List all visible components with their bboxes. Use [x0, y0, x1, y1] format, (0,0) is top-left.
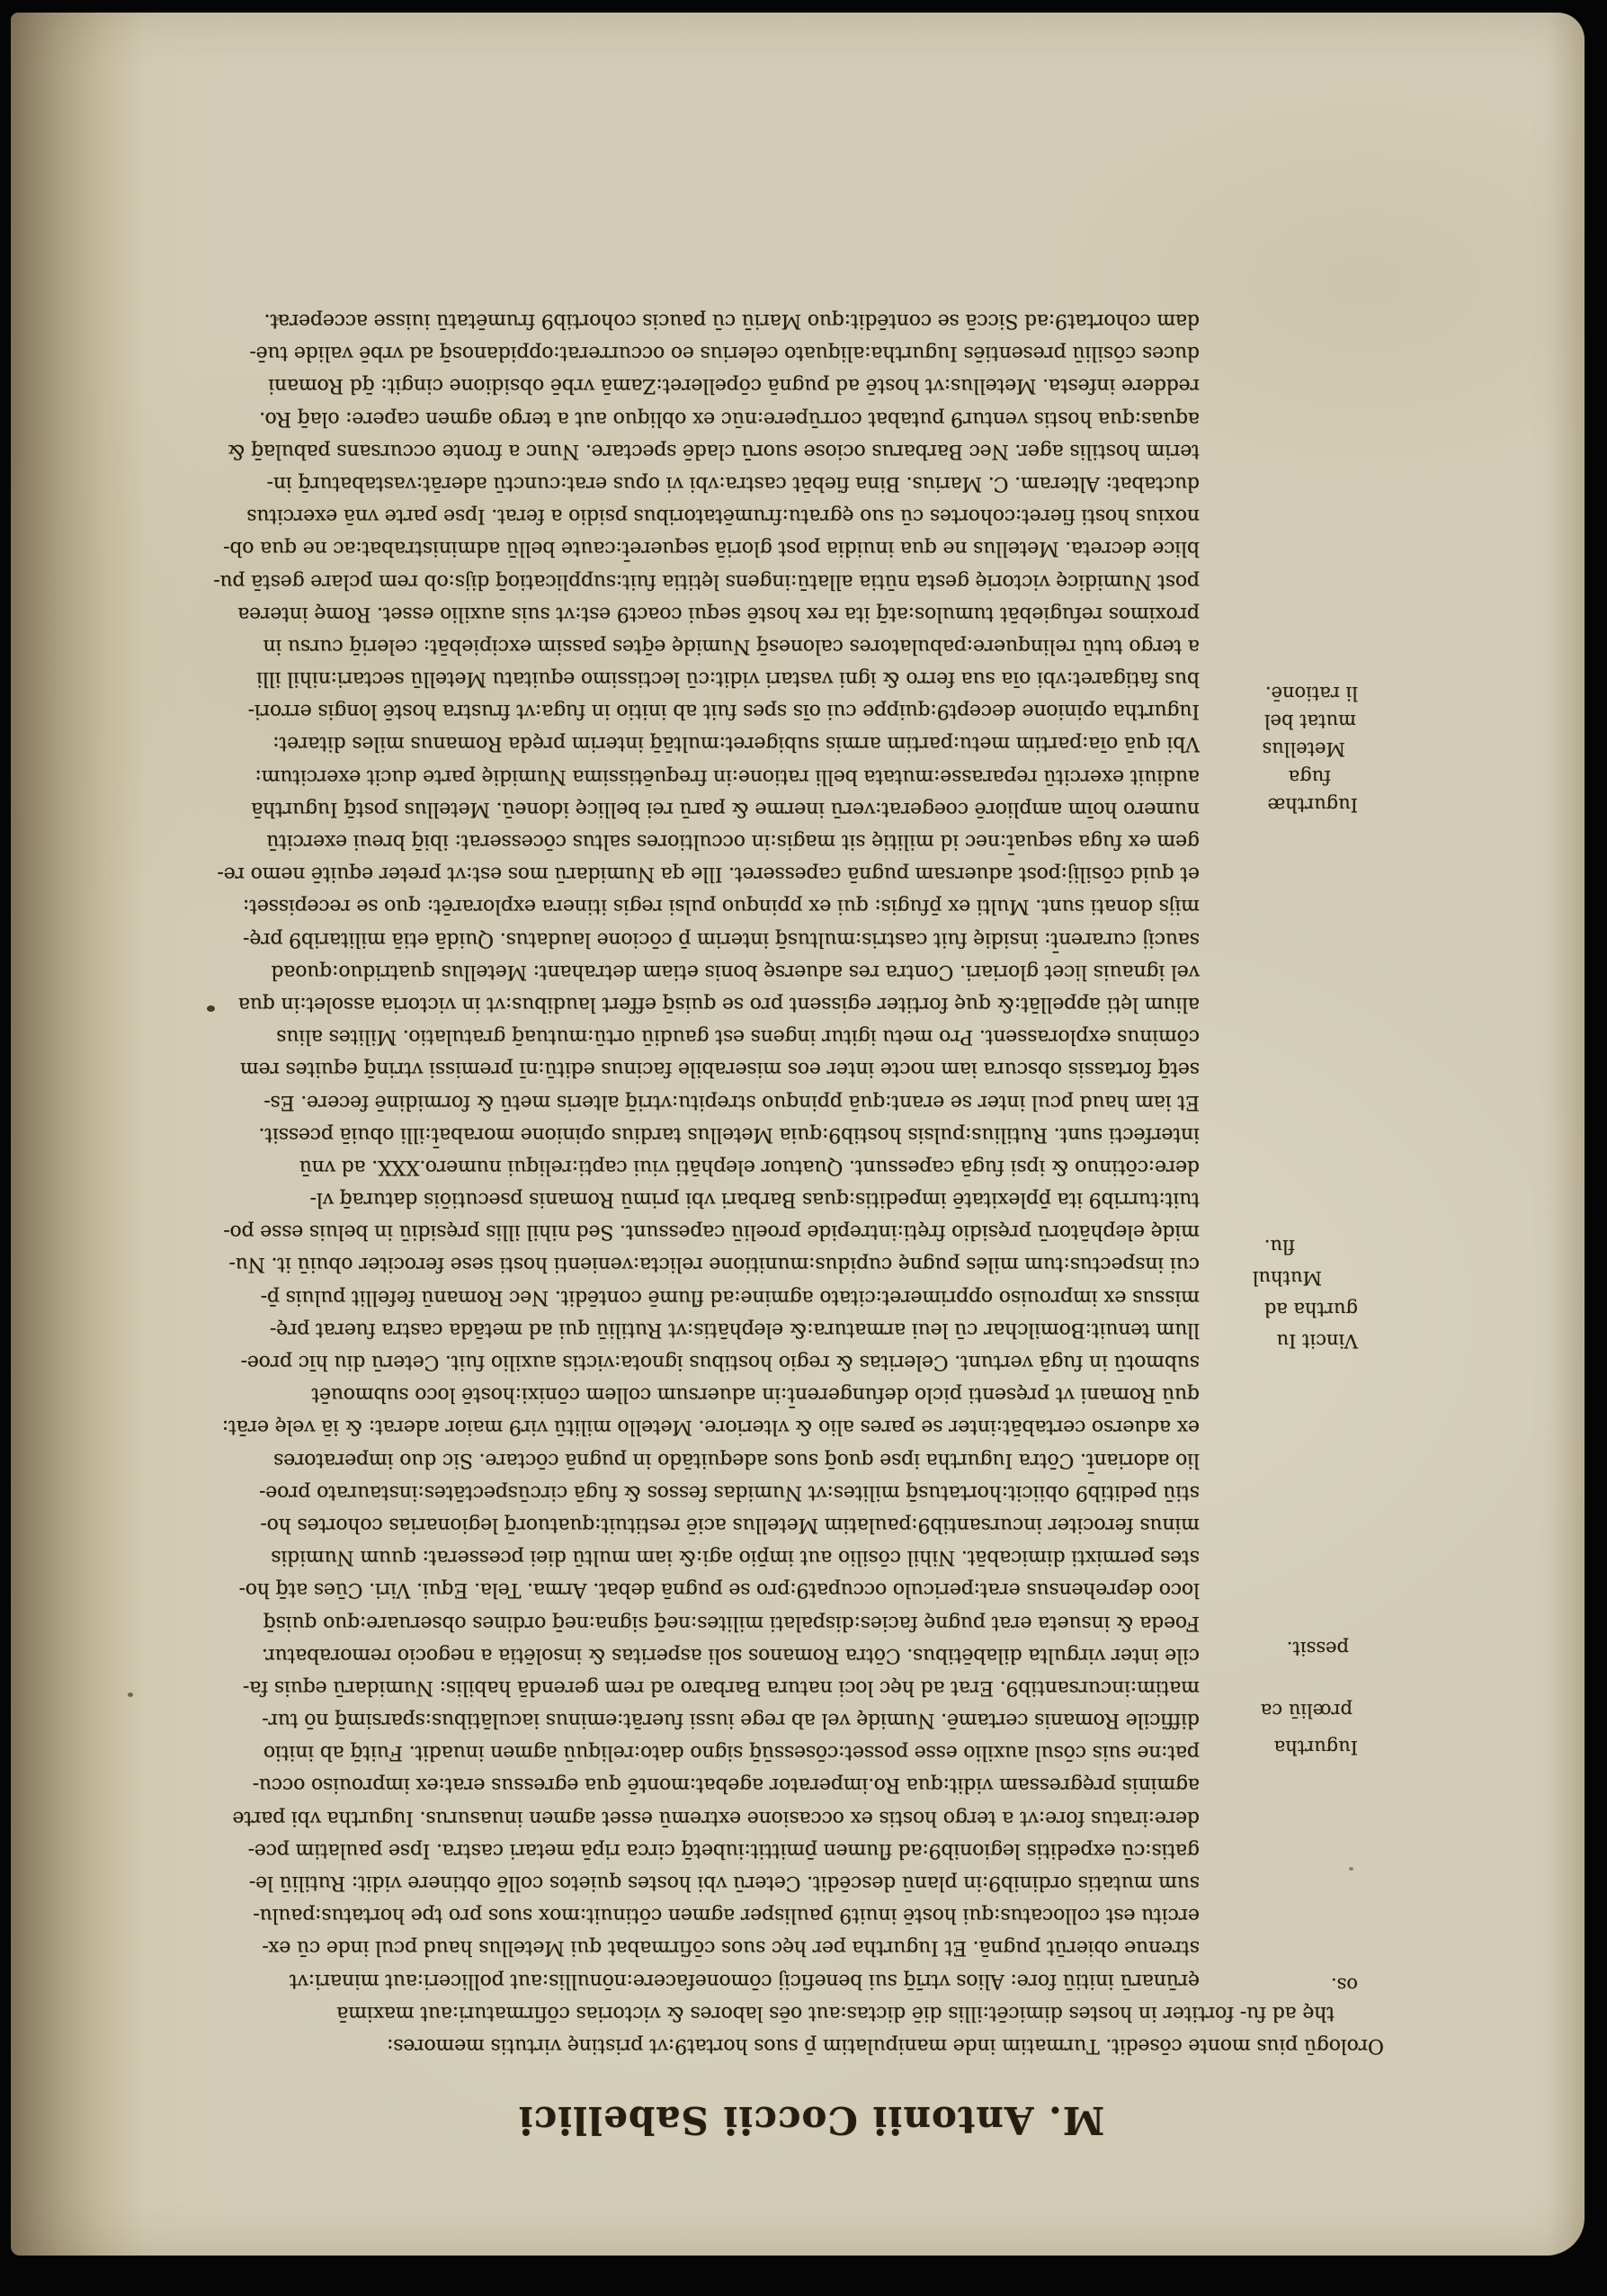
text-line: Et iam haud pcul inter se erant:quā ppin… — [147, 1085, 1200, 1117]
body-text: Orologū pius monte cōsedit. Turmatim ind… — [147, 304, 1200, 2061]
text-line: vel ignauis licet gloriari. Contra res a… — [147, 955, 1200, 987]
text-line: agminis pręgressam vidit:qua Ro.imperato… — [147, 1768, 1200, 1800]
text-line: alium lęti appellāt:& quę fortiter egiss… — [147, 987, 1200, 1020]
text-line: llum tenuit:Bomilchar cū leui armatura:&… — [147, 1313, 1200, 1345]
text-line: stiū peditib9 obiicit:hortatusq̄ milites… — [147, 1476, 1200, 1508]
text-line: strenue obierūt pugnā. Et Iugurtha per h… — [147, 1931, 1200, 1963]
text-line: Foeda & insueta erat pugnę facies:dispal… — [147, 1605, 1200, 1638]
margin-note-line: li rationē. — [1262, 679, 1358, 707]
margin-note: os. — [1331, 1971, 1358, 1998]
margin-note-line: mutat bel — [1262, 707, 1356, 735]
ink-speck — [207, 1005, 215, 1012]
book-page: M. Antonii Coccii Sabellici os.Iugurthap… — [11, 13, 1585, 2256]
text-line: ductabat: Alteram. C. Marius. Bina fiebā… — [147, 467, 1200, 499]
text-line: noxius hosti fieret:cohortes cū suo ęgra… — [147, 499, 1200, 532]
margin-note-line: os. — [1331, 1971, 1358, 1998]
text-line: post Numidicę victorię gesta nūtia allat… — [147, 564, 1200, 596]
text-line: submotū in fugā vertunt. Celeritas & reg… — [147, 1345, 1200, 1378]
text-line: stes permixti dimicabāt. Nihil cōsilio a… — [147, 1541, 1200, 1573]
margin-note: Vincit Iugurtha adMuthulflu. — [1253, 1230, 1358, 1356]
text-line: aquas:qua hostis ventur9 putabat corrūpe… — [147, 401, 1200, 433]
text-line: ercitu est collocatus:qui hostē inuit9 p… — [147, 1898, 1200, 1931]
text-line: sum mutatis ordinib9:in planū descēdit. … — [147, 1866, 1200, 1898]
margin-note-line: Iugurthæ — [1262, 791, 1358, 818]
text-line: reddere infesta. Metellus:vt hostē ad pu… — [147, 369, 1200, 401]
margin-note: pessit. — [1287, 1635, 1349, 1662]
ink-speck — [273, 317, 280, 321]
text-line: gem ex fuga sequat̄:nec id militię sit m… — [147, 825, 1200, 857]
margin-note-line: Iugurtha — [1261, 1729, 1358, 1765]
text-line: dere:iratus fore:vt a tergo hostis ex oc… — [147, 1801, 1200, 1834]
text-line: minus ferociter incursantib9:paulatim Me… — [147, 1508, 1200, 1541]
text-line: cile inter virgulta dilabētibus. Cōtra R… — [147, 1639, 1200, 1671]
ink-speck — [1349, 1867, 1353, 1871]
text-line: bus fatigaret:vbi oīa sua ferro & igni v… — [147, 662, 1200, 694]
text-line: blice decreta. Metellus ne qua inuidia p… — [147, 532, 1200, 564]
margin-note-line: Metellus — [1262, 735, 1345, 763]
margin-note-line: prœliū ca — [1261, 1692, 1353, 1729]
text-line: setq̄ fortassis obscura iam nocte inter … — [147, 1052, 1200, 1085]
text-line: Vbi quā oīa:partim metu:partim armis sub… — [147, 727, 1200, 759]
text-line: ex aduerso certabāt:inter se pares alio … — [147, 1410, 1200, 1443]
margin-note: IugurthæfugaMetellusmutat belli rationē. — [1262, 679, 1358, 818]
margin-note-line: Vincit Iu — [1253, 1325, 1358, 1356]
text-line: saucij curarent̄: insidię fuit castris:m… — [147, 922, 1200, 954]
text-line: ęrūnarū initiū fore: Alios vtrīq̄ sui be… — [147, 1963, 1200, 1996]
text-line: loco deprehensus erat:periculo occupat9:… — [147, 1573, 1200, 1605]
text-line: audiuit exercitū reparasse:mutata belli … — [147, 760, 1200, 792]
text-line: gatis:cū expeditis legionib9:ad flumen p… — [147, 1834, 1200, 1866]
text-line: missus ex improuiso opprimeret:citato ag… — [147, 1281, 1200, 1313]
page-title: M. Antonii Coccii Sabellici — [424, 2098, 1198, 2142]
screenshot-root: { "orientation": "upside-down", "colors"… — [0, 0, 1607, 2296]
text-line: thę ad fu- fortiter in hostes dimicēt:il… — [147, 1997, 1335, 2029]
text-line: duces cōsiliū presentiēs Iugurtha:aliqua… — [147, 336, 1200, 369]
margin-note-line: gurtha ad — [1253, 1293, 1358, 1325]
text-line: midę elephātorū pręsidio fręti:intrepide… — [147, 1215, 1200, 1247]
text-line: quū Romani vt pręsenti piclo defungerent… — [147, 1378, 1200, 1410]
text-line: a tergo tutū relinquere:pabulatores calo… — [147, 630, 1200, 662]
text-line: difficile Romanis certamē. Numidę vel ab… — [147, 1703, 1200, 1736]
text-line: dere:cōtinuo & ipsi fugā capessunt. Quat… — [147, 1150, 1200, 1183]
text-line: tuit:turrib9 ita p̄plexitatē impeditis:q… — [147, 1183, 1200, 1215]
text-line: terim hostilis ager. Nec Barbarus ociose… — [147, 434, 1200, 467]
text-line: lio adoriant̄. Cōtra Iugurtha ipse quoq̄… — [147, 1443, 1200, 1475]
text-line: proximos refugiebāt tumulos:atq̄ ita rex… — [147, 597, 1200, 630]
margin-note: Iugurthaprœliū ca — [1261, 1692, 1358, 1765]
page-content-rotated-180: M. Antonii Coccii Sabellici os.Iugurthap… — [11, 13, 1585, 2256]
text-line: mijs donati sunt. Multi ex p̄fugis: qui … — [147, 889, 1200, 922]
text-line: cui inspectus:tum miles pugnę cupidus:mu… — [147, 1247, 1200, 1280]
margin-note-line: pessit. — [1287, 1635, 1349, 1662]
margin-note-line: fuga — [1262, 763, 1331, 791]
text-line: matim:incursantib9. Erat ad hęc loci nat… — [147, 1671, 1200, 1703]
text-line: Iugurtha opinione decept9:quippe cui oīs… — [147, 694, 1200, 727]
margin-note-line: flu. — [1253, 1230, 1295, 1262]
text-line: pat:ne suis cōsul auxilio esse posset:cō… — [147, 1736, 1200, 1768]
text-line: et quid cōsilij:post aduersam pugnā cape… — [147, 857, 1200, 889]
text-line: numero hoīm ampliorē coegerat:verū inerm… — [147, 792, 1200, 825]
margin-note-line: Muthul — [1253, 1262, 1322, 1293]
ink-speck — [128, 1693, 133, 1697]
text-line: dam cohortat9:ad Siccā se contēdit:quo M… — [147, 304, 1200, 336]
text-line: interfecti sunt. Rutilius:pulsis hostib9… — [147, 1118, 1200, 1150]
text-line: cōminus explorassent. Pro metu igitur in… — [147, 1020, 1200, 1052]
text-line: Orologū pius monte cōsedit. Turmatim ind… — [147, 2029, 1384, 2061]
